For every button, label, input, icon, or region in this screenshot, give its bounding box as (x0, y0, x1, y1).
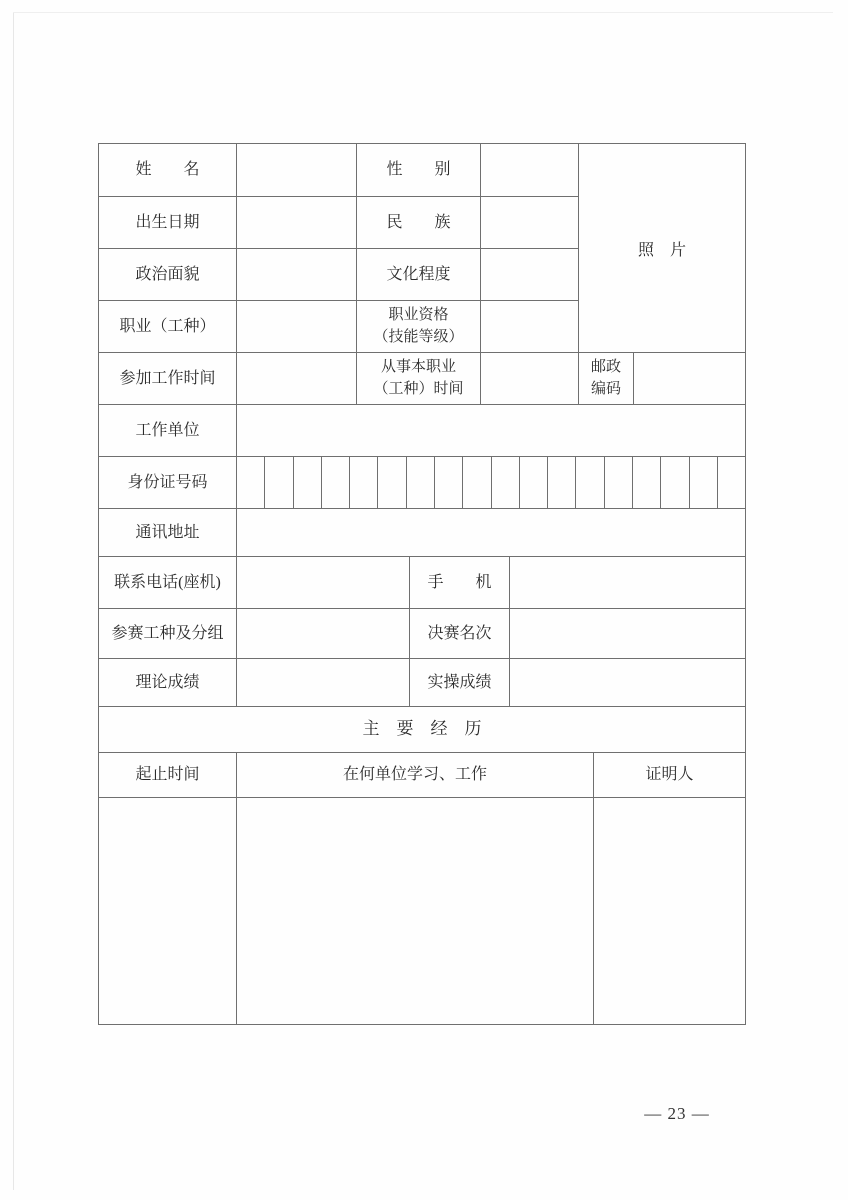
employer-label-cell: 工作单位 (99, 405, 237, 457)
id-number-label-cell: 身份证号码 (99, 457, 237, 509)
name-label-cell: 姓 名 (99, 144, 237, 197)
organization-header-cell: 在何单位学习、工作 (237, 753, 594, 798)
witness-entry-cell (594, 798, 746, 1025)
row-phone: 联系电话(座机) 手 机 (99, 557, 746, 609)
final-rank-value-cell (510, 609, 746, 659)
id-digit-cell (378, 457, 406, 509)
row-address: 通讯地址 (99, 509, 746, 557)
employer-value-cell (237, 405, 746, 457)
mobile-value-cell (510, 557, 746, 609)
top-block: 姓 名 性 别 出生日期 民 族 政治面貌 文化程度 (99, 144, 746, 353)
competition-category-label-cell: 参赛工种及分组 (99, 609, 237, 659)
competition-category-value-cell (237, 609, 410, 659)
id-digit-cell (520, 457, 548, 509)
ethnicity-label-cell: 民 族 (357, 197, 481, 249)
photo-placeholder-cell: 照 片 (579, 144, 746, 353)
id-digit-cell (294, 457, 322, 509)
theory-score-label-cell: 理论成绩 (99, 659, 237, 707)
scan-edge-artifact-top (13, 12, 833, 13)
work-start-value-cell (237, 353, 357, 405)
practical-score-value-cell (510, 659, 746, 707)
registration-form-table: 姓 名 性 别 出生日期 民 族 政治面貌 文化程度 (98, 143, 746, 1025)
id-digit-cell (718, 457, 746, 509)
gender-label-cell: 性 别 (357, 144, 481, 197)
period-header-cell: 起止时间 (99, 753, 237, 798)
organization-entry-cell (237, 798, 594, 1025)
mobile-label-cell: 手 机 (410, 557, 510, 609)
tenure-label-cell: 从事本职业 （工种）时间 (357, 353, 481, 405)
row-political-education: 政治面貌 文化程度 (99, 249, 579, 301)
id-digit-cell (576, 457, 604, 509)
address-value-cell (237, 509, 746, 557)
occupation-label-cell: 职业（工种） (99, 301, 237, 353)
experience-section-title: 主 要 经 历 (99, 707, 746, 753)
row-workstart-postal: 参加工作时间 从事本职业 （工种）时间 邮政 编码 (99, 353, 746, 405)
witness-header-cell: 证明人 (594, 753, 746, 798)
postal-code-value-cell (634, 353, 746, 405)
row-occupation-qualification: 职业（工种） 职业资格 （技能等级） (99, 301, 579, 353)
landline-label-cell: 联系电话(座机) (99, 557, 237, 609)
birthdate-label-cell: 出生日期 (99, 197, 237, 249)
qualification-label-cell: 职业资格 （技能等级） (357, 301, 481, 353)
row-id-number: 身份证号码 (99, 457, 746, 509)
row-name-gender: 姓 名 性 别 (99, 144, 579, 197)
theory-score-value-cell (237, 659, 410, 707)
id-digit-cell (265, 457, 293, 509)
practical-score-label-cell: 实操成绩 (410, 659, 510, 707)
address-label-cell: 通讯地址 (99, 509, 237, 557)
qualification-value-cell (481, 301, 579, 353)
id-digit-cell (690, 457, 718, 509)
scanned-form-page: 姓 名 性 别 出生日期 民 族 政治面貌 文化程度 (0, 0, 848, 1200)
row-birth-ethnic: 出生日期 民 族 (99, 197, 579, 249)
row-experience-header: 起止时间 在何单位学习、工作 证明人 (99, 753, 746, 798)
id-digit-cell (435, 457, 463, 509)
political-status-value-cell (237, 249, 357, 301)
political-status-label-cell: 政治面貌 (99, 249, 237, 301)
id-digit-cell (633, 457, 661, 509)
gender-value-cell (481, 144, 579, 197)
row-employer: 工作单位 (99, 405, 746, 457)
id-digit-cell (661, 457, 689, 509)
id-digit-cell (492, 457, 520, 509)
landline-value-cell (237, 557, 410, 609)
id-digit-cell (407, 457, 435, 509)
id-digit-cell (322, 457, 350, 509)
row-experience-body (99, 798, 746, 1025)
education-value-cell (481, 249, 579, 301)
postal-code-label-cell: 邮政 编码 (579, 353, 634, 405)
row-competition: 参赛工种及分组 决赛名次 (99, 609, 746, 659)
id-digit-cell (237, 457, 265, 509)
scan-edge-artifact-left (13, 12, 14, 1190)
occupation-value-cell (237, 301, 357, 353)
name-value-cell (237, 144, 357, 197)
id-digit-cell (463, 457, 491, 509)
education-label-cell: 文化程度 (357, 249, 481, 301)
id-digit-cell (605, 457, 633, 509)
ethnicity-value-cell (481, 197, 579, 249)
id-digit-cell (350, 457, 378, 509)
birthdate-value-cell (237, 197, 357, 249)
top-block-left: 姓 名 性 别 出生日期 民 族 政治面貌 文化程度 (99, 144, 579, 353)
row-scores: 理论成绩 实操成绩 (99, 659, 746, 707)
row-experience-title: 主 要 经 历 (99, 707, 746, 753)
id-digit-cell (548, 457, 576, 509)
page-number: — 23 — (627, 1104, 727, 1124)
period-entry-cell (99, 798, 237, 1025)
work-start-label-cell: 参加工作时间 (99, 353, 237, 405)
tenure-value-cell (481, 353, 579, 405)
id-digit-strip (237, 457, 746, 509)
final-rank-label-cell: 决赛名次 (410, 609, 510, 659)
